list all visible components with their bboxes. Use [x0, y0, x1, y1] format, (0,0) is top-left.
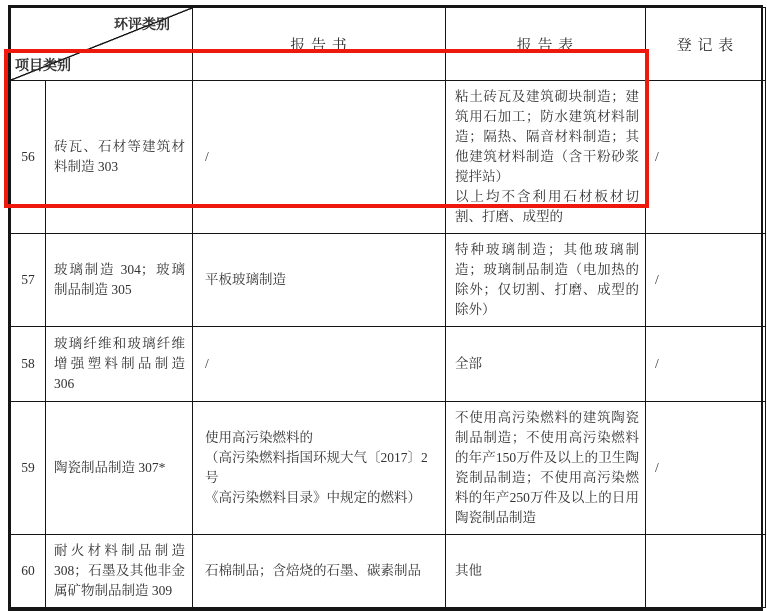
- row-60-number: 60: [11, 535, 46, 608]
- table-row-58: 58 玻璃纤维和玻璃纤维增强塑料制品制造 306 / 全部 /: [11, 327, 766, 402]
- row-58-category: 玻璃纤维和玻璃纤维增强塑料制品制造 306: [46, 327, 193, 402]
- row-57-number: 57: [11, 234, 46, 327]
- header-eia-category-label: 环评类别: [114, 14, 170, 34]
- row-59-registration-form: /: [646, 402, 766, 535]
- diagonal-header-cell: 环评类别 项目类别: [11, 8, 193, 81]
- row-58-registration-form: /: [646, 327, 766, 402]
- row-59-report-form: 不使用高污染燃料的建筑陶瓷制品制造；不使用高污染燃料的年产150万件及以上的卫生…: [446, 402, 646, 535]
- header-report-book: 报 告 书: [193, 8, 446, 81]
- eia-table: 环评类别 项目类别 报 告 书 报 告 表 登 记 表 56 砖瓦、石材等建筑材…: [10, 7, 766, 608]
- table-row-56: 56 砖瓦、石材等建筑材料制造 303 / 粘土砖瓦及建筑砌块制造；建筑用石加工…: [11, 81, 766, 234]
- row-56-report-form: 粘土砖瓦及建筑砌块制造；建筑用石加工；防水建筑材料制造；隔热、隔音材料制造；其他…: [446, 81, 646, 234]
- table-row-60: 60 耐火材料制品制造 308；石墨及其他非金属矿物制品制造 309 石棉制品；…: [11, 535, 766, 608]
- row-56-number: 56: [11, 81, 46, 234]
- row-60-report-form: 其他: [446, 535, 646, 608]
- row-58-report-book: /: [193, 327, 446, 402]
- header-row: 环评类别 项目类别 报 告 书 报 告 表 登 记 表: [11, 8, 766, 81]
- row-56-registration-form: /: [646, 81, 766, 234]
- row-59-report-book: 使用高污染燃料的 （高污染燃料指国环规大气〔2017〕2号 《高污染燃料目录》中…: [193, 402, 446, 535]
- row-60-category: 耐火材料制品制造 308；石墨及其他非金属矿物制品制造 309: [46, 535, 193, 608]
- header-report-form: 报 告 表: [446, 8, 646, 81]
- row-58-report-form: 全部: [446, 327, 646, 402]
- table-row-57: 57 玻璃制造 304；玻璃制品制造 305 平板玻璃制造 特种玻璃制造；其他玻…: [11, 234, 766, 327]
- header-registration-form: 登 记 表: [646, 8, 766, 81]
- row-57-registration-form: /: [646, 234, 766, 327]
- eia-category-table: 环评类别 项目类别 报 告 书 报 告 表 登 记 表 56 砖瓦、石材等建筑材…: [8, 5, 763, 611]
- table-row-59: 59 陶瓷制品制造 307* 使用高污染燃料的 （高污染燃料指国环规大气〔201…: [11, 402, 766, 535]
- row-60-registration-form: [646, 535, 766, 608]
- header-project-category-label: 项目类别: [15, 55, 71, 75]
- row-56-report-book: /: [193, 81, 446, 234]
- row-58-number: 58: [11, 327, 46, 402]
- row-59-number: 59: [11, 402, 46, 535]
- row-57-report-form: 特种玻璃制造；其他玻璃制造；玻璃制品制造（电加热的除外；仅切割、打磨、成型的除外…: [446, 234, 646, 327]
- row-56-category: 砖瓦、石材等建筑材料制造 303: [46, 81, 193, 234]
- row-60-report-book: 石棉制品；含焙烧的石墨、碳素制品: [193, 535, 446, 608]
- row-57-report-book: 平板玻璃制造: [193, 234, 446, 327]
- row-57-category: 玻璃制造 304；玻璃制品制造 305: [46, 234, 193, 327]
- row-59-category: 陶瓷制品制造 307*: [46, 402, 193, 535]
